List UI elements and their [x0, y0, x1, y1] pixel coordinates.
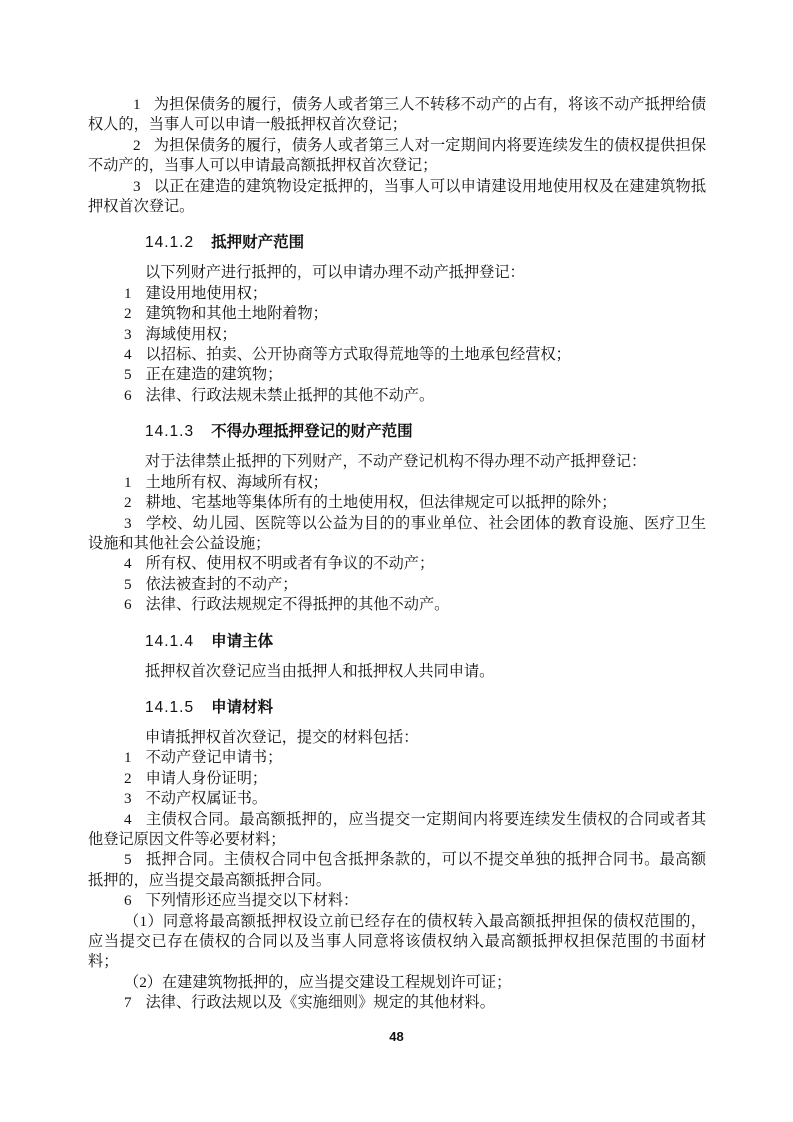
item-number: 5 — [124, 851, 146, 868]
item-text: 法律、行政法规以及《实施细则》规定的其他材料。 — [146, 994, 495, 1011]
item-number: 1 — [124, 285, 146, 302]
item-text: 正在建造的建筑物； — [146, 366, 283, 383]
list-item: 3海域使用权； — [88, 325, 706, 345]
item-text: 海域使用权； — [146, 326, 237, 343]
item-text: 建筑物和其他土地附着物； — [146, 305, 328, 322]
list-item: 4主债权合同。最高额抵押的，应当提交一定期间内将要连续发生债权的合同或者其他登记… — [88, 810, 706, 851]
item-number: 3 — [124, 790, 146, 807]
item-number: 1 — [124, 474, 146, 491]
item-number: 3 — [124, 326, 146, 343]
list-item: 5抵押合同。主债权合同中包含抵押条款的，可以不提交单独的抵押合同书。最高额抵押的… — [88, 850, 706, 891]
clause-number: 1 — [133, 96, 154, 113]
list-item: 6下列情形还应当提交以下材料： — [88, 891, 706, 911]
item-text: 建设用地使用权； — [146, 285, 268, 302]
item-number: 5 — [124, 366, 146, 383]
section-title: 申请主体 — [211, 633, 273, 650]
item-text: 抵押合同。主债权合同中包含抵押条款的，可以不提交单独的抵押合同书。最高额抵押的，… — [88, 851, 706, 888]
item-text: 耕地、宅基地等集体所有的土地使用权，但法律规定可以抵押的除外； — [146, 494, 617, 511]
section-heading-14-1-2: 14.1.2抵押财产范围 — [88, 232, 706, 253]
item-text: 不动产登记申请书； — [146, 749, 283, 766]
clause-number: 2 — [133, 137, 154, 154]
list-item: 1土地所有权、海域所有权； — [88, 473, 706, 493]
item-text: 土地所有权、海域所有权； — [146, 474, 328, 491]
list-item: 6法律、行政法规未禁止抵押的其他不动产。 — [88, 386, 706, 406]
item-number: 2 — [124, 494, 146, 511]
item-number: 7 — [124, 994, 146, 1011]
list-item: 4所有权、使用权不明或者有争议的不动产； — [88, 554, 706, 574]
section-title: 申请材料 — [211, 699, 273, 716]
list-item: 5依法被查封的不动产； — [88, 575, 706, 595]
clause-text: 为担保债务的履行，债务人或者第三人不转移不动产的占有，将该不动产抵押给债权人的，… — [88, 96, 706, 133]
section-heading-14-1-3: 14.1.3不得办理抵押登记的财产范围 — [88, 421, 706, 442]
item-number: 6 — [124, 387, 146, 404]
item-number: 5 — [124, 576, 146, 593]
section-number: 14.1.3 — [145, 423, 194, 440]
list-item: 3学校、幼儿园、医院等以公益为目的的事业单位、社会团体的教育设施、医疗卫生设施和… — [88, 514, 706, 555]
clause-paragraph-3: 3以正在建造的建筑物设定抵押的，当事人可以申请建设用地使用权及在建建筑物抵押权首… — [88, 177, 706, 218]
document-page: 1为担保债务的履行，债务人或者第三人不转移不动产的占有，将该不动产抵押给债权人的… — [0, 0, 793, 1122]
item-number: 4 — [124, 811, 146, 828]
section-1413-intro: 对于法律禁止抵押的下列财产，不动产登记机构不得办理不动产抵押登记： — [88, 452, 706, 472]
list-item: 6法律、行政法规规定不得抵押的其他不动产。 — [88, 595, 706, 615]
list-item: 2耕地、宅基地等集体所有的土地使用权，但法律规定可以抵押的除外； — [88, 493, 706, 513]
list-item: 3不动产权属证书。 — [88, 789, 706, 809]
item-number: 2 — [124, 305, 146, 322]
document-content: 1为担保债务的履行，债务人或者第三人不转移不动产的占有，将该不动产抵押给债权人的… — [88, 95, 706, 1014]
sub-item-2: （2）在建建筑物抵押的，应当提交建设工程规划许可证； — [88, 973, 706, 993]
item-number: 1 — [124, 749, 146, 766]
item-text: 不动产权属证书。 — [146, 790, 268, 807]
section-1412-intro: 以下列财产进行抵押的，可以申请办理不动产抵押登记： — [88, 263, 706, 283]
item-text: 学校、幼儿园、医院等以公益为目的的事业单位、社会团体的教育设施、医疗卫生设施和其… — [88, 515, 706, 552]
clause-text: 为担保债务的履行，债务人或者第三人对一定期间内将要连续发生的债权提供担保不动产的… — [88, 137, 706, 174]
item-number: 4 — [124, 346, 146, 363]
list-item: 2申请人身份证明； — [88, 769, 706, 789]
section-number: 14.1.2 — [145, 234, 194, 251]
list-item: 1建设用地使用权； — [88, 284, 706, 304]
item-text: 主债权合同。最高额抵押的，应当提交一定期间内将要连续发生债权的合同或者其他登记原… — [88, 811, 706, 848]
clause-paragraph-1: 1为担保债务的履行，债务人或者第三人不转移不动产的占有，将该不动产抵押给债权人的… — [88, 95, 706, 136]
item-number: 6 — [124, 596, 146, 613]
item-number: 4 — [124, 555, 146, 572]
list-item: 7法律、行政法规以及《实施细则》规定的其他材料。 — [88, 993, 706, 1013]
item-number: 3 — [124, 515, 146, 532]
item-text: 法律、行政法规规定不得抵押的其他不动产。 — [146, 596, 450, 613]
section-number: 14.1.5 — [145, 699, 194, 716]
item-text: 所有权、使用权不明或者有争议的不动产； — [146, 555, 435, 572]
sub-item-1: （1）同意将最高额抵押权设立前已经存在的债权转入最高额抵押担保的债权范围的，应当… — [88, 912, 706, 973]
section-1414-body: 抵押权首次登记应当由抵押人和抵押权人共同申请。 — [88, 662, 706, 682]
section-title: 抵押财产范围 — [211, 234, 304, 251]
item-number: 6 — [124, 892, 146, 909]
item-text: 以招标、拍卖、公开协商等方式取得荒地等的土地承包经营权； — [146, 346, 571, 363]
item-text: 法律、行政法规未禁止抵押的其他不动产。 — [146, 387, 435, 404]
section-title: 不得办理抵押登记的财产范围 — [211, 423, 413, 440]
section-number: 14.1.4 — [145, 633, 194, 650]
section-heading-14-1-5: 14.1.5申请材料 — [88, 697, 706, 718]
item-text: 依法被查封的不动产； — [146, 576, 298, 593]
list-item: 4以招标、拍卖、公开协商等方式取得荒地等的土地承包经营权； — [88, 345, 706, 365]
list-item: 1不动产登记申请书； — [88, 748, 706, 768]
list-item: 2建筑物和其他土地附着物； — [88, 304, 706, 324]
section-1415-intro: 申请抵押权首次登记，提交的材料包括： — [88, 728, 706, 748]
section-heading-14-1-4: 14.1.4申请主体 — [88, 631, 706, 652]
clause-text: 以正在建造的建筑物设定抵押的，当事人可以申请建设用地使用权及在建建筑物抵押权首次… — [88, 178, 706, 215]
item-text: 申请人身份证明； — [146, 770, 268, 787]
item-number: 2 — [124, 770, 146, 787]
list-item: 5正在建造的建筑物； — [88, 365, 706, 385]
item-text: 下列情形还应当提交以下材料： — [146, 892, 359, 909]
clause-paragraph-2: 2为担保债务的履行，债务人或者第三人对一定期间内将要连续发生的债权提供担保不动产… — [88, 136, 706, 177]
clause-number: 3 — [133, 178, 154, 195]
page-number: 48 — [0, 1029, 793, 1044]
